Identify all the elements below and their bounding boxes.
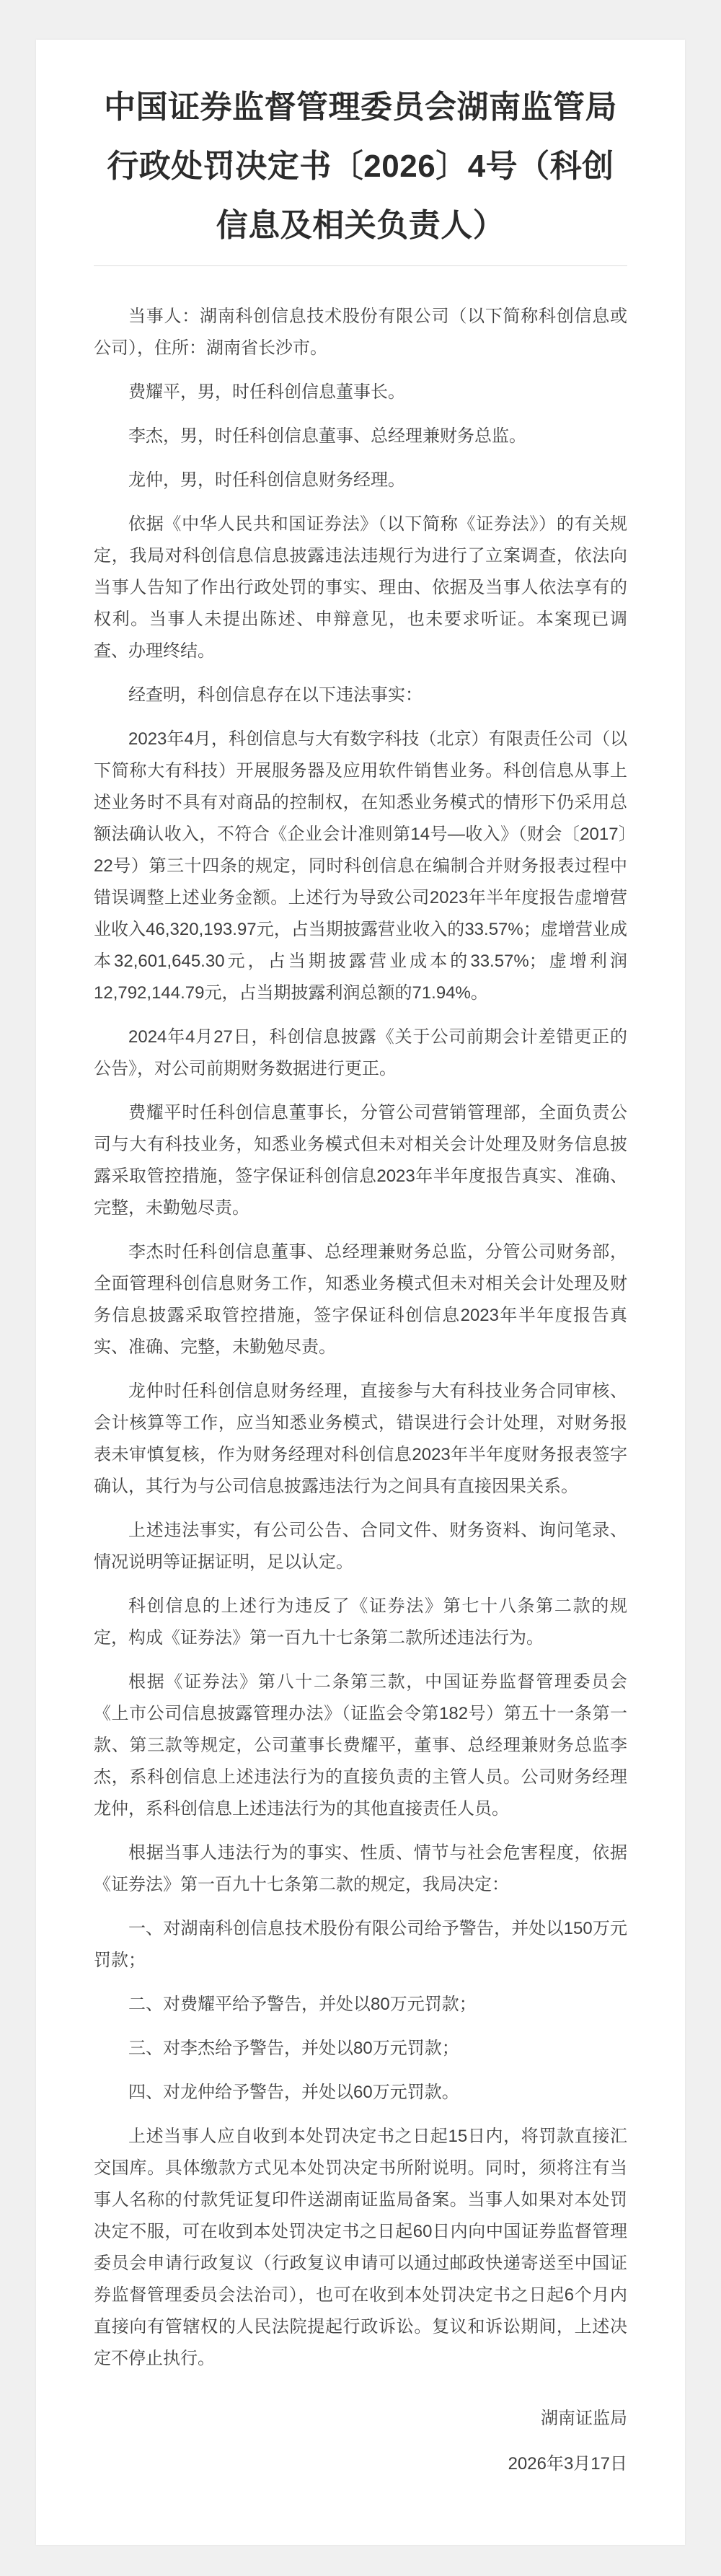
paragraph-correction-announcement: 2024年4月27日，科创信息披露《关于公司前期会计差错更正的公告》，对公司前期… bbox=[94, 1021, 627, 1085]
title-divider bbox=[94, 265, 627, 266]
paragraph-violation-facts: 2023年4月，科创信息与大有数字科技（北京）有限责任公司（以下简称大有科技）开… bbox=[94, 724, 627, 1009]
paragraph-lijie-responsibility: 李杰时任科创信息董事、总经理兼财务总监，分管公司财务部，全面管理科创信息财务工作… bbox=[94, 1236, 627, 1363]
document-title: 中国证券监督管理委员会湖南监管局行政处罚决定书〔2026〕4号（科创信息及相关负… bbox=[94, 78, 627, 255]
paragraph-payment-and-appeal: 上述当事人应自收到本处罚决定书之日起15日内，将罚款直接汇交国库。具体缴款方式见… bbox=[94, 2121, 627, 2375]
paragraph-investigation-basis: 依据《中华人民共和国证券法》（以下简称《证券法》）的有关规定，我局对科创信息信息… bbox=[94, 509, 627, 667]
paragraph-fei-responsibility: 费耀平时任科创信息董事长，分管公司营销管理部，全面负责公司与大有科技业务，知悉业… bbox=[94, 1097, 627, 1224]
paragraph-longzhong-responsibility: 龙仲时任科创信息财务经理，直接参与大有科技业务合同审核、会计核算等工作，应当知悉… bbox=[94, 1376, 627, 1503]
paragraph-penalty-lijie: 三、对李杰给予警告，并处以80万元罚款； bbox=[94, 2033, 627, 2065]
paragraph-person-fei: 费耀平，男，时任科创信息董事长。 bbox=[94, 377, 627, 408]
paragraph-penalty-longzhong: 四、对龙仲给予警告，并处以60万元罚款。 bbox=[94, 2077, 627, 2109]
document-card: 中国证券监督管理委员会湖南监管局行政处罚决定书〔2026〕4号（科创信息及相关负… bbox=[36, 40, 685, 2545]
paragraph-parties: 当事人：湖南科创信息技术股份有限公司（以下简称科创信息或公司），住所：湖南省长沙… bbox=[94, 301, 627, 364]
document-body: 当事人：湖南科创信息技术股份有限公司（以下简称科创信息或公司），住所：湖南省长沙… bbox=[94, 301, 627, 2480]
signature-authority: 湖南证监局 bbox=[94, 2403, 627, 2435]
paragraph-findings-intro: 经查明，科创信息存在以下违法事实： bbox=[94, 680, 627, 711]
paragraph-penalty-fei: 二、对费耀平给予警告，并处以80万元罚款； bbox=[94, 1989, 627, 2021]
signature-date: 2026年3月17日 bbox=[94, 2448, 627, 2480]
paragraph-responsible-persons: 根据《证券法》第八十二条第三款，中国证券监督管理委员会《上市公司信息披露管理办法… bbox=[94, 1666, 627, 1825]
paragraph-decision-intro: 根据当事人违法行为的事实、性质、情节与社会危害程度，依据《证券法》第一百九十七条… bbox=[94, 1837, 627, 1901]
paragraph-person-lijie: 李杰，男，时任科创信息董事、总经理兼财务总监。 bbox=[94, 421, 627, 452]
paragraph-law-violation: 科创信息的上述行为违反了《证券法》第七十八条第二款的规定，构成《证券法》第一百九… bbox=[94, 1591, 627, 1654]
paragraph-penalty-company: 一、对湖南科创信息技术股份有限公司给予警告，并处以150万元罚款； bbox=[94, 1913, 627, 1977]
paragraph-evidence: 上述违法事实，有公司公告、合同文件、财务资料、询问笔录、情况说明等证据证明，足以… bbox=[94, 1515, 627, 1578]
paragraph-person-longzhong: 龙仲，男，时任科创信息财务经理。 bbox=[94, 465, 627, 496]
page-background: 中国证券监督管理委员会湖南监管局行政处罚决定书〔2026〕4号（科创信息及相关负… bbox=[0, 0, 721, 2576]
